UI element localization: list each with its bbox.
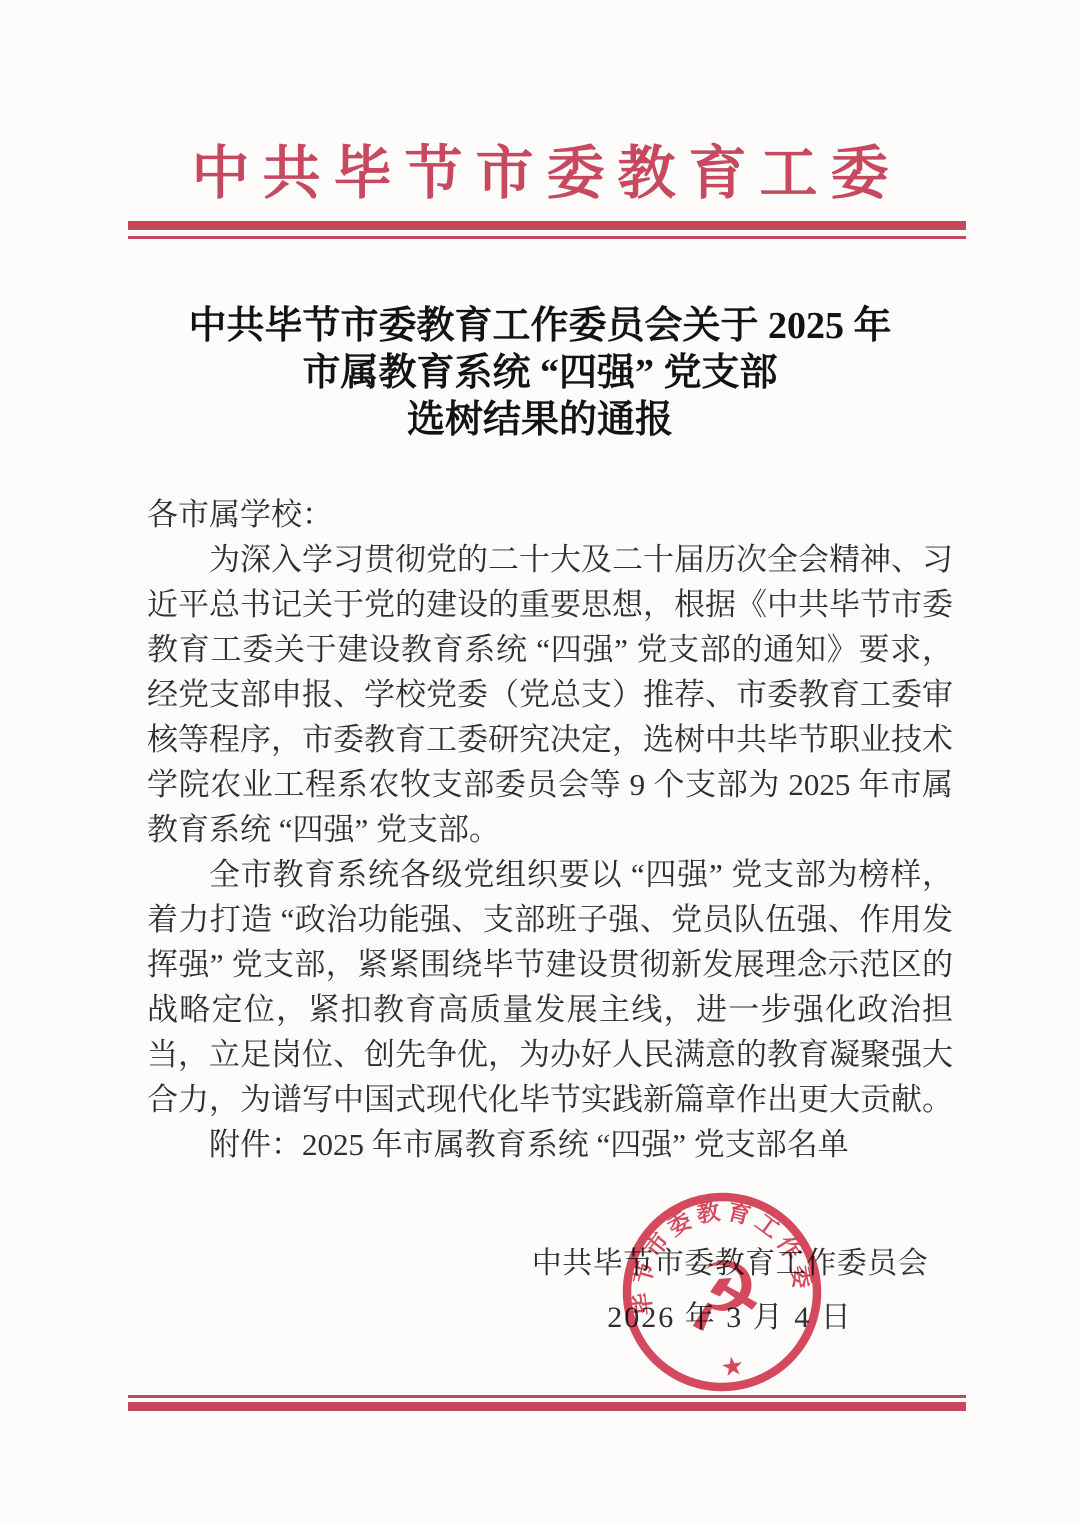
footer-rule-thin: [128, 1395, 966, 1398]
document-title: 中共毕节市委教育工作委员会关于 2025 年 市属教育系统 “四强” 党支部 选…: [0, 303, 1080, 444]
letterhead-rule-thick: [128, 221, 966, 230]
footer-rule-thick: [128, 1402, 966, 1411]
document-page: 中共毕节市委教育工委 中共毕节市委教育工作委员会关于 2025 年 市属教育系统…: [0, 0, 1080, 1524]
body-paragraph-2: 全市教育系统各级党组织要以 “四强” 党支部为榜样，着力打造 “政治功能强、支部…: [147, 852, 953, 1122]
hammer-sickle-icon: ☭: [674, 1238, 771, 1355]
letterhead-org-name: 中共毕节市委教育工委: [0, 136, 1080, 211]
document-title-line-3: 选树结果的通报: [0, 397, 1080, 444]
body-paragraph-1: 为深入学习贯彻党的二十大及二十届历次全会精神、习近平总书记关于党的建设的重要思想…: [147, 537, 953, 852]
seal-star-icon: ★: [719, 1351, 746, 1384]
document-title-line-2: 市属教育系统 “四强” 党支部: [0, 350, 1080, 397]
salutation-line: 各市属学校：: [147, 492, 953, 537]
letterhead-rule-thin: [128, 236, 966, 239]
official-seal: 中共毕节市委教育工作委员会 ☭ ★: [611, 1181, 833, 1403]
attachment-line: 附件：2025 年市属教育系统 “四强” 党支部名单: [147, 1122, 953, 1167]
document-title-line-1: 中共毕节市委教育工作委员会关于 2025 年: [0, 303, 1080, 350]
document-body: 各市属学校： 为深入学习贯彻党的二十大及二十届历次全会精神、习近平总书记关于党的…: [147, 492, 953, 1167]
